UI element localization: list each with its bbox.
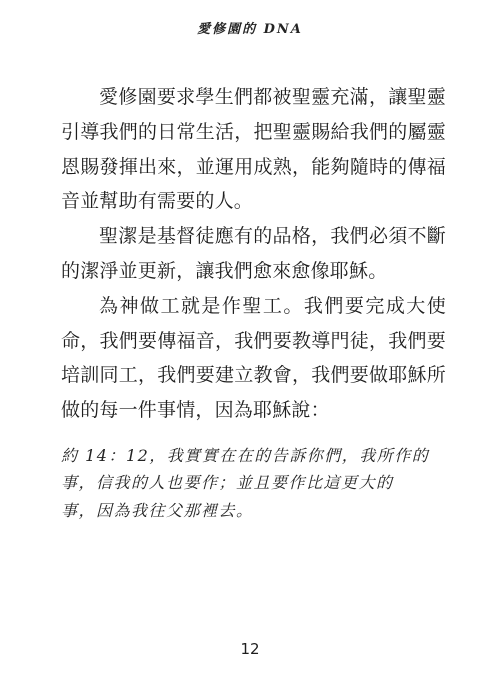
paragraph-holiness: 聖潔是基督徒應有的品格，我們必須不斷的潔淨並更新，讓我們愈來愈像耶穌。 xyxy=(61,219,446,289)
document-page: 愛修園的 DNA 愛修園要求學生們都被聖靈充滿，讓聖靈引導我們的日常生活，把聖靈… xyxy=(0,0,500,700)
paragraph-holy-work: 為神做工就是作聖工。我們要完成大使命，我們要傳福音，我們要教導門徒，我們要培訓同… xyxy=(61,289,446,428)
page-number: 12 xyxy=(0,640,500,658)
body-text: 愛修園要求學生們都被聖靈充滿，讓聖靈引導我們的日常生活，把聖靈賜給我們的屬靈恩賜… xyxy=(61,80,446,524)
paragraph-holy-spirit: 愛修園要求學生們都被聖靈充滿，讓聖靈引導我們的日常生活，把聖靈賜給我們的屬靈恩賜… xyxy=(61,80,446,219)
scripture-quote-john-14-12: 約 14：12，我實實在在的告訴你們，我所作的 事，信我的人也要作；並且要作比這… xyxy=(61,442,446,525)
running-header: 愛修園的 DNA xyxy=(0,18,500,37)
